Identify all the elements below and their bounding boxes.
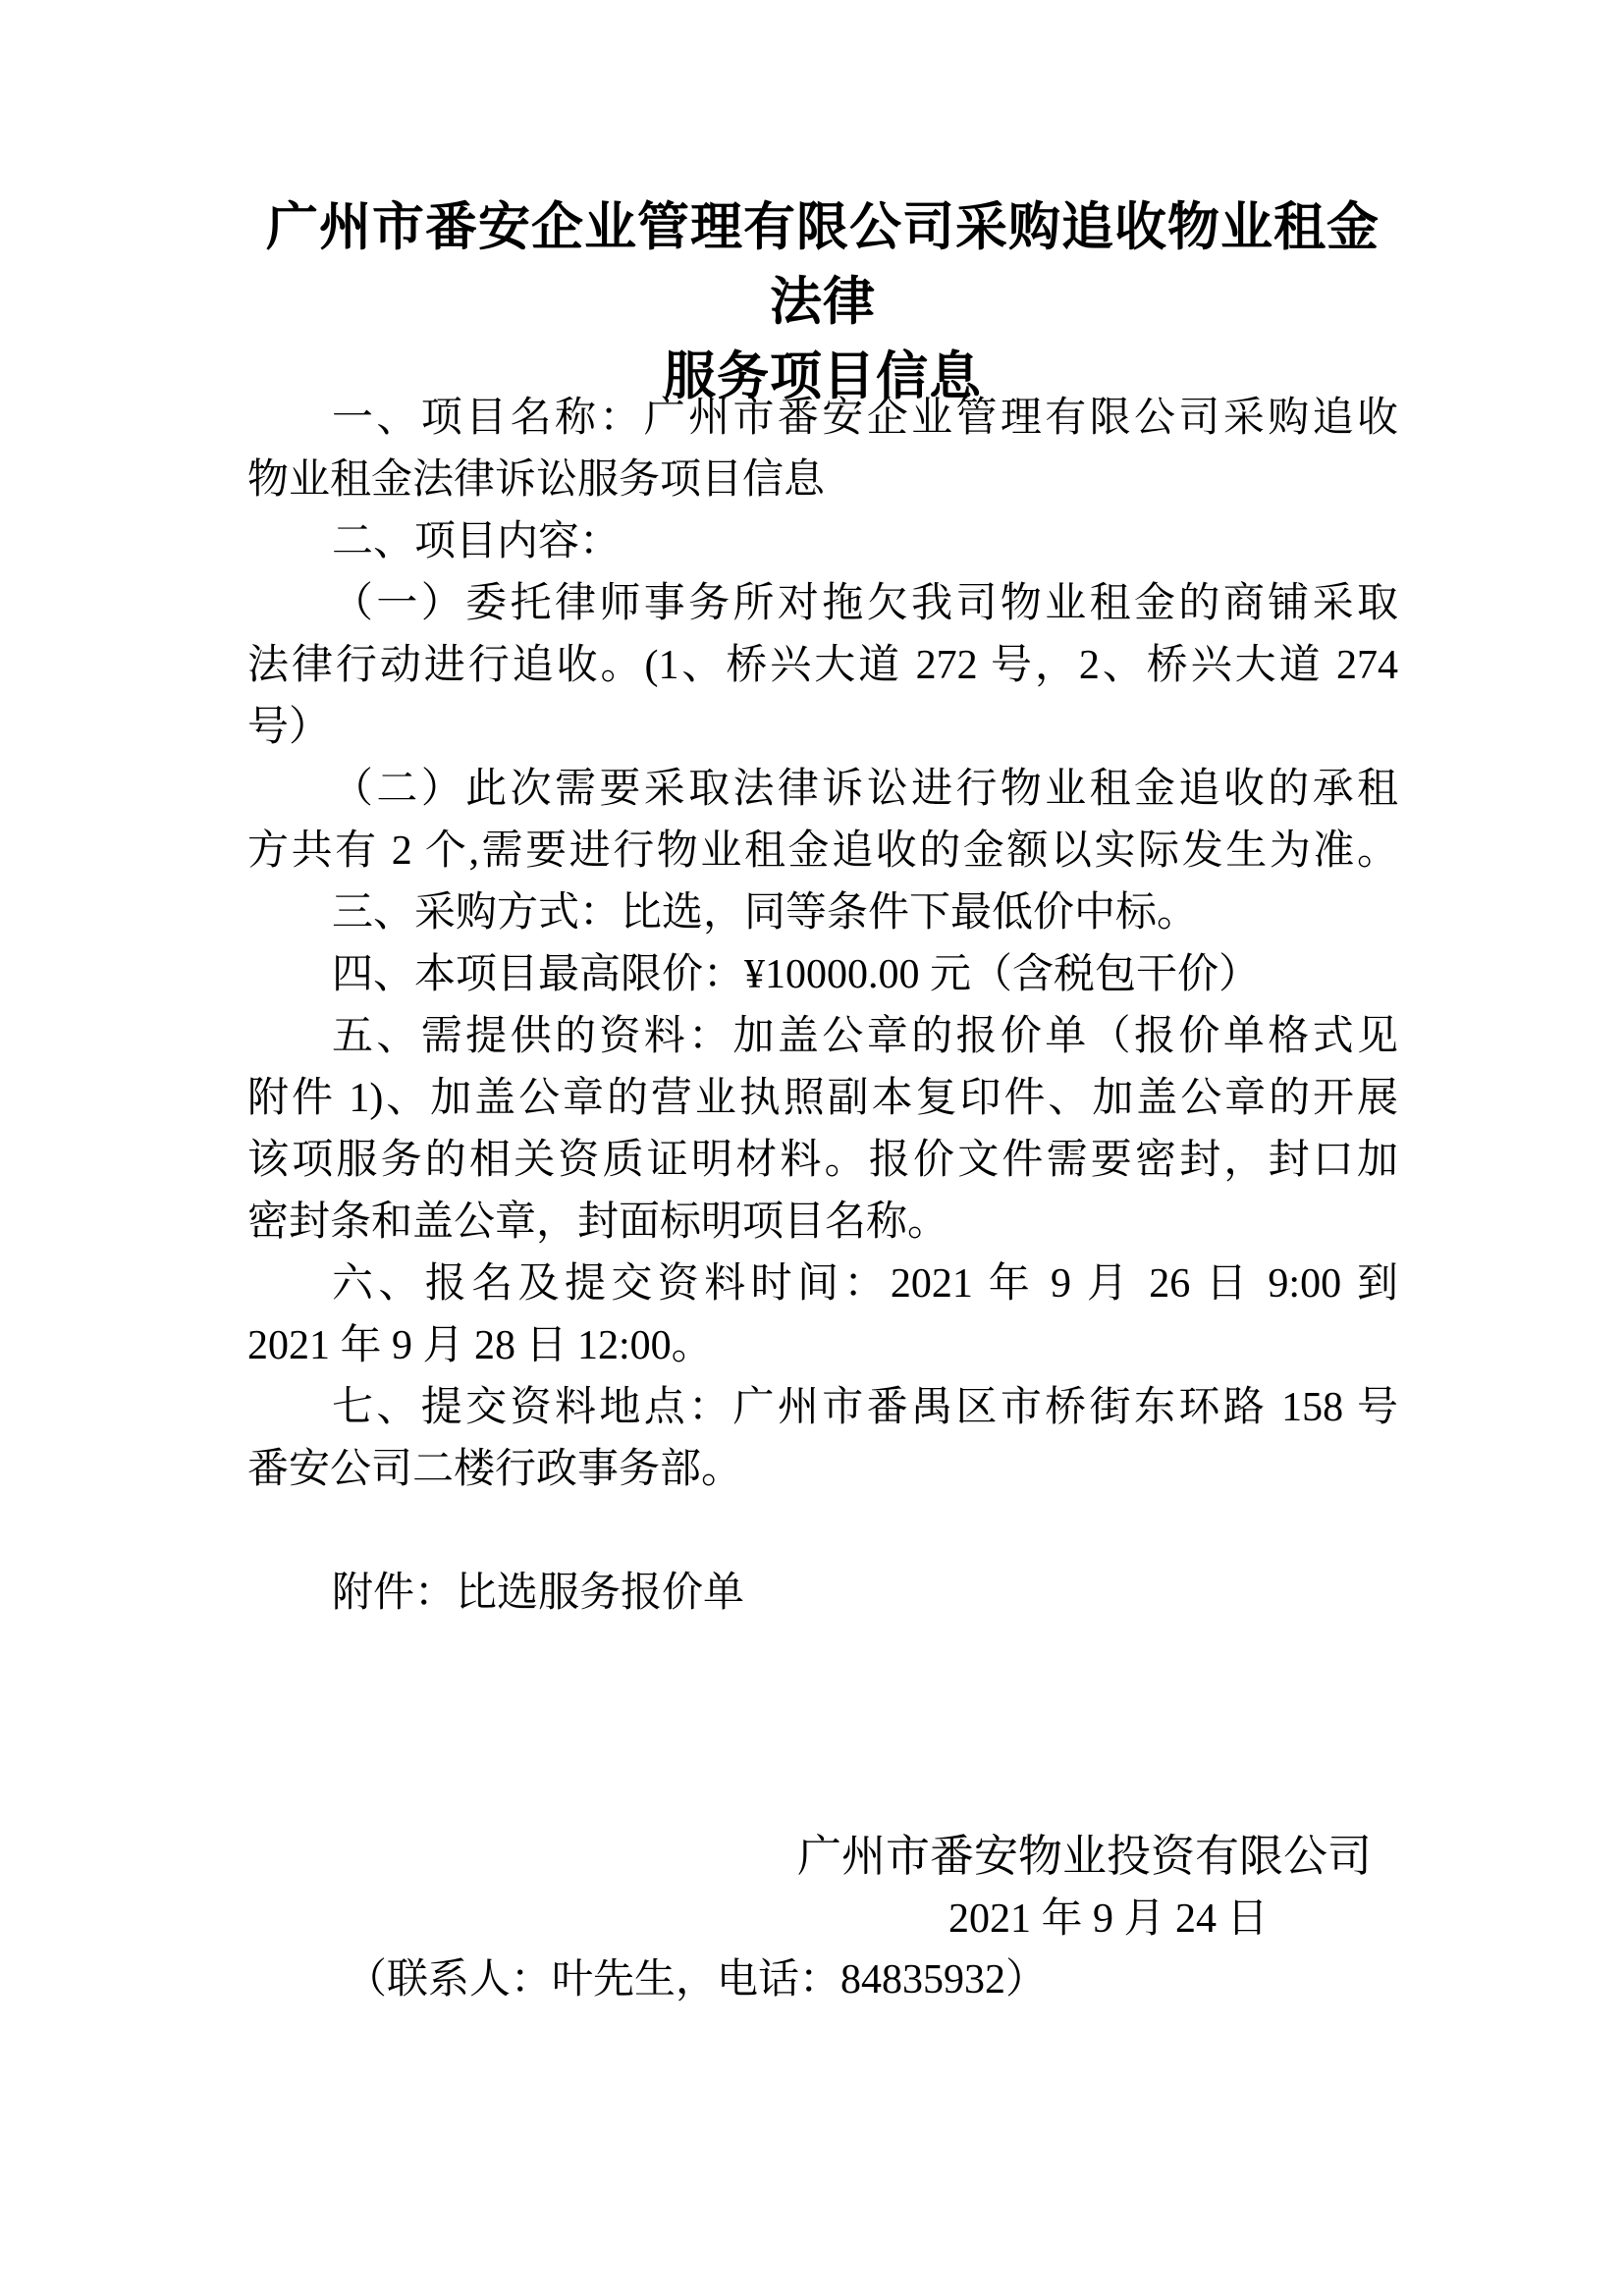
body-line-procurement-method: 三、采购方式：比选，同等条件下最低价中标。: [247, 882, 1398, 944]
body-line-submission-place: 七、提交资料地点：广州市番禺区市桥街东环路 158 号: [247, 1377, 1398, 1439]
body-line-content-item2: （二）此次需要采取法律诉讼进行物业租金追收的承租: [247, 759, 1398, 821]
body-line-project-content: 二、项目内容：: [247, 511, 1398, 573]
body-line-content-item1: （一）委托律师事务所对拖欠我司物业租金的商铺采取: [247, 573, 1398, 635]
body-line-content-item1-cont: 法律行动进行追收。(1、桥兴大道 272 号，2、桥兴大道 274: [247, 635, 1398, 697]
document-title: 广州市番安企业管理有限公司采购追收物业租金法律 服务项目信息: [247, 190, 1398, 414]
body-line-required-docs: 五、需提供的资料：加盖公章的报价单（报价单格式见: [247, 1006, 1398, 1068]
body-line-required-docs-cont2: 该项服务的相关资质证明材料。报价文件需要密封，封口加: [247, 1130, 1398, 1192]
body-line-attachment: 附件：比选服务报价单: [247, 1563, 1398, 1625]
body-line-content-item1-end: 号）: [247, 697, 1398, 759]
body-line-content-item2-cont: 方共有 2 个,需要进行物业租金追收的金额以实际发生为准。: [247, 821, 1398, 882]
body-line-required-docs-end: 密封条和盖公章，封面标明项目名称。: [247, 1192, 1398, 1254]
body-line-required-docs-cont1: 附件 1)、加盖公章的营业执照副本复印件、加盖公章的开展: [247, 1068, 1398, 1130]
body-blank-line: [247, 1501, 1398, 1563]
body-line-submission-place-end: 番安公司二楼行政事务部。: [247, 1439, 1398, 1501]
body-line-project-name: 一、项目名称：广州市番安企业管理有限公司采购追收: [247, 388, 1398, 450]
footer-date: 2021 年 9 月 24 日: [948, 1889, 1269, 1950]
body-line-submission-time: 六、报名及提交资料时间：2021 年 9 月 26 日 9:00 到: [247, 1254, 1398, 1315]
document-body: 一、项目名称：广州市番安企业管理有限公司采购追收 物业租金法律诉讼服务项目信息 …: [247, 388, 1398, 1625]
body-line-price-limit: 四、本项目最高限价：¥10000.00 元（含税包干价）: [247, 944, 1398, 1006]
body-line-project-name-cont: 物业租金法律诉讼服务项目信息: [247, 450, 1398, 511]
footer-contact-info: （联系人：叶先生，电话：84835932）: [346, 1949, 1047, 2011]
title-line-1: 广州市番安企业管理有限公司采购追收物业租金法律: [247, 190, 1398, 340]
document-page: 广州市番安企业管理有限公司采购追收物业租金法律 服务项目信息 一、项目名称：广州…: [0, 0, 1624, 2296]
footer-company-name: 广州市番安物业投资有限公司: [797, 1826, 1372, 1888]
body-line-submission-time-end: 2021 年 9 月 28 日 12:00。: [247, 1315, 1398, 1377]
